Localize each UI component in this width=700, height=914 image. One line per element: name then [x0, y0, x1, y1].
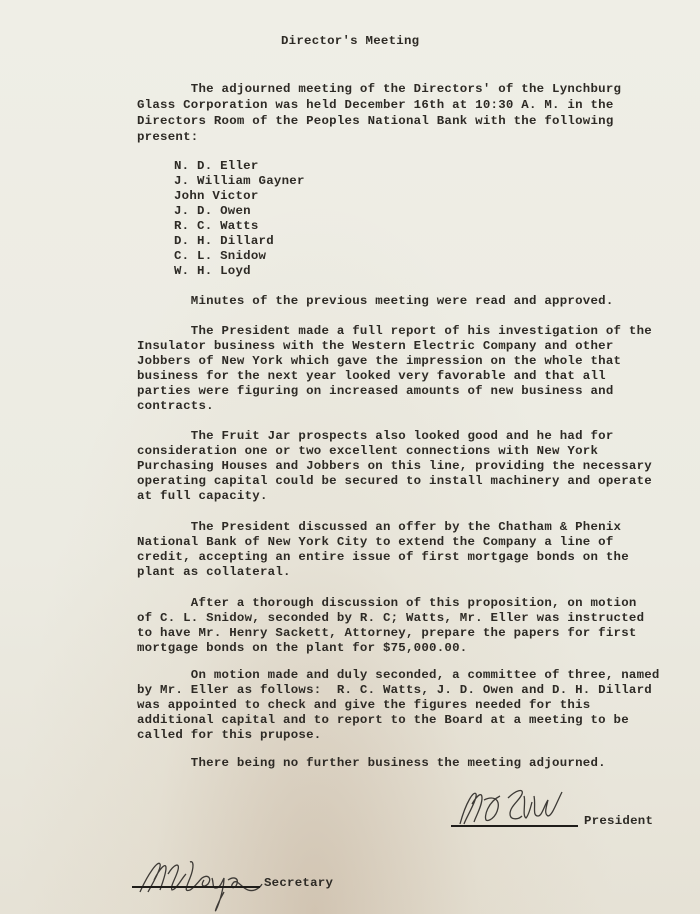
report-line: contracts.	[137, 399, 214, 414]
fruit-jar-line: operating capital could be secured to in…	[137, 474, 652, 489]
secretary-signature	[132, 852, 272, 914]
intro-line: present:	[137, 130, 199, 145]
motion-line: After a thorough discussion of this prop…	[137, 596, 637, 611]
offer-line: The President discussed an offer by the …	[137, 520, 621, 535]
committee-line: by Mr. Eller as follows: R. C. Watts, J.…	[137, 683, 652, 698]
report-line: The President made a full report of his …	[137, 324, 652, 339]
committee-line: On motion made and duly seconded, a comm…	[137, 668, 660, 683]
committee-line: called for this prupose.	[137, 728, 321, 743]
present-name: D. H. Dillard	[174, 234, 274, 249]
offer-line: plant as collateral.	[137, 565, 291, 580]
present-name: C. L. Snidow	[174, 249, 266, 264]
present-name: John Victor	[174, 189, 259, 204]
present-name: R. C. Watts	[174, 219, 259, 234]
fruit-jar-line: Purchasing Houses and Jobbers on this li…	[137, 459, 652, 474]
report-line: parties were figuring on increased amoun…	[137, 384, 614, 399]
present-name: N. D. Eller	[174, 159, 259, 174]
president-signature-line	[451, 825, 578, 827]
president-label: President	[584, 814, 653, 829]
report-line: Insulator business with the Western Elec…	[137, 339, 614, 354]
intro-line: Glass Corporation was held December 16th…	[137, 98, 614, 113]
secretary-label: Secretary	[264, 876, 333, 891]
minutes-paragraph: Minutes of the previous meeting were rea…	[137, 294, 614, 309]
present-name: J. William Gayner	[174, 174, 305, 189]
offer-line: credit, accepting an entire issue of fir…	[137, 550, 629, 565]
intro-line: The adjourned meeting of the Directors' …	[137, 82, 621, 97]
report-line: Jobbers of New York which gave the impre…	[137, 354, 621, 369]
motion-line: to have Mr. Henry Sackett, Attorney, pre…	[137, 626, 637, 641]
secretary-signature-line	[132, 886, 260, 888]
fruit-jar-line: The Fruit Jar prospects also looked good…	[137, 429, 614, 444]
committee-line: additional capital and to report to the …	[137, 713, 629, 728]
fruit-jar-line: consideration one or two excellent conne…	[137, 444, 598, 459]
closing-paragraph: There being no further business the meet…	[137, 756, 606, 771]
document-title: Director's Meeting	[281, 34, 419, 49]
present-name: W. H. Loyd	[174, 264, 251, 279]
motion-line: of C. L. Snidow, seconded by R. C; Watts…	[137, 611, 644, 626]
intro-line: Directors Room of the Peoples National B…	[137, 114, 614, 129]
committee-line: was appointed to check and give the figu…	[137, 698, 590, 713]
present-name: J. D. Owen	[174, 204, 251, 219]
motion-line: mortgage bonds on the plant for $75,000.…	[137, 641, 467, 656]
offer-line: National Bank of New York City to extend…	[137, 535, 614, 550]
report-line: business for the next year looked very f…	[137, 369, 606, 384]
fruit-jar-line: at full capacity.	[137, 489, 268, 504]
